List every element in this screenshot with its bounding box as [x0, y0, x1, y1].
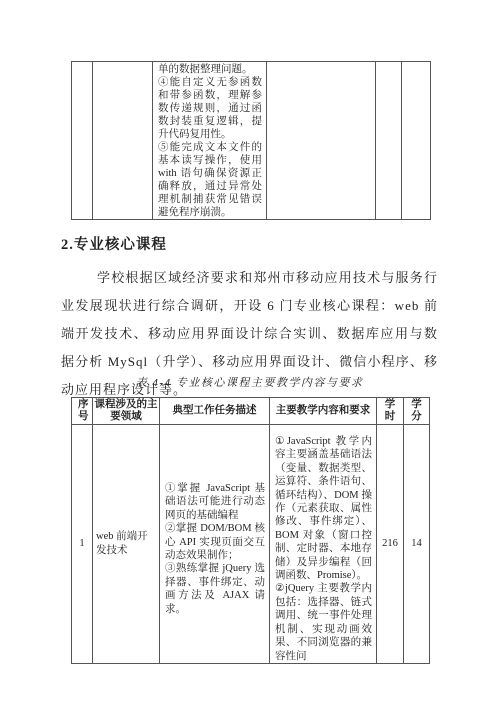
- teaching-content-item: ①JavaScript 教学内容主要涵盖基础语法（变量、数据类型、运算符、条件语…: [275, 435, 372, 582]
- task-item: ①掌握 JavaScript 基础语法可能进行动态网页的基础编程: [165, 482, 265, 522]
- continuation-hours-cell: [376, 62, 402, 220]
- header-hours: 学时: [377, 398, 404, 425]
- header-content: 主要教学内容和要求: [270, 398, 377, 425]
- continuation-serial-cell: [72, 62, 93, 220]
- tasks-cell: ①掌握 JavaScript 基础语法可能进行动态网页的基础编程 ②掌握 DOM…: [160, 425, 270, 664]
- document-page: 单的数据整理问题。 ④能自定义无参函数和带参函数，理解参数传递规则，通过函数封装…: [0, 0, 500, 707]
- continuation-table-row: 单的数据整理问题。 ④能自定义无参函数和带参函数，理解参数传递规则，通过函数封装…: [72, 62, 431, 220]
- continuation-paragraph: 单的数据整理问题。: [158, 63, 262, 76]
- continuation-content-cell: [267, 62, 376, 220]
- section-heading: 2.专业核心课程: [61, 233, 438, 254]
- header-tasks: 典型工作任务描述: [160, 398, 270, 425]
- continuation-paragraph: ⑤能完成文本文件的基本读写操作，使用 with 语句确保资源正确释放，通过异常处…: [158, 141, 262, 219]
- serial-cell: 1: [72, 425, 93, 664]
- table-caption: 表 4-4 专业核心课程主要教学内容与要求: [61, 374, 438, 390]
- continuation-credits-cell: [402, 62, 431, 220]
- continuation-tasks-cell: 单的数据整理问题。 ④能自定义无参函数和带参函数，理解参数传递规则，通过函数封装…: [153, 62, 267, 220]
- continuation-field-cell: [93, 62, 153, 220]
- teaching-content-cell: ①JavaScript 教学内容主要涵盖基础语法（变量、数据类型、运算符、条件语…: [270, 425, 377, 664]
- header-serial: 序号: [72, 398, 93, 425]
- task-item: ②掌握 DOM/BOM 核心 API 实现页面交互动态效果制作；: [165, 522, 265, 562]
- course-table-row: 1 web 前端开发技术 ①掌握 JavaScript 基础语法可能进行动态网页…: [72, 425, 430, 664]
- continuation-table: 单的数据整理问题。 ④能自定义无参函数和带参函数，理解参数传递规则，通过函数封装…: [71, 61, 431, 220]
- hours-cell: 216: [377, 425, 404, 664]
- credits-cell: 14: [404, 425, 430, 664]
- core-course-table: 序号 课程涉及的主要领域 典型工作任务描述 主要教学内容和要求 学时 学分 1 …: [71, 397, 430, 664]
- course-table-header-row: 序号 课程涉及的主要领域 典型工作任务描述 主要教学内容和要求 学时 学分: [72, 398, 430, 425]
- task-item: ③熟练掌握 jQuery 选择器、事件绑定、动画方法及 AJAX 请求。: [165, 562, 265, 616]
- field-cell: web 前端开发技术: [93, 425, 160, 664]
- header-field: 课程涉及的主要领域: [93, 398, 160, 425]
- header-credits: 学分: [404, 398, 430, 425]
- teaching-content-item: ②jQuery 主要教学内包括：选择器、链式调用、统一事件处理机制、实现动画效果…: [275, 582, 372, 662]
- continuation-paragraph: ④能自定义无参函数和带参函数，理解参数传递规则，通过函数封装重复逻辑，提升代码复…: [158, 76, 262, 141]
